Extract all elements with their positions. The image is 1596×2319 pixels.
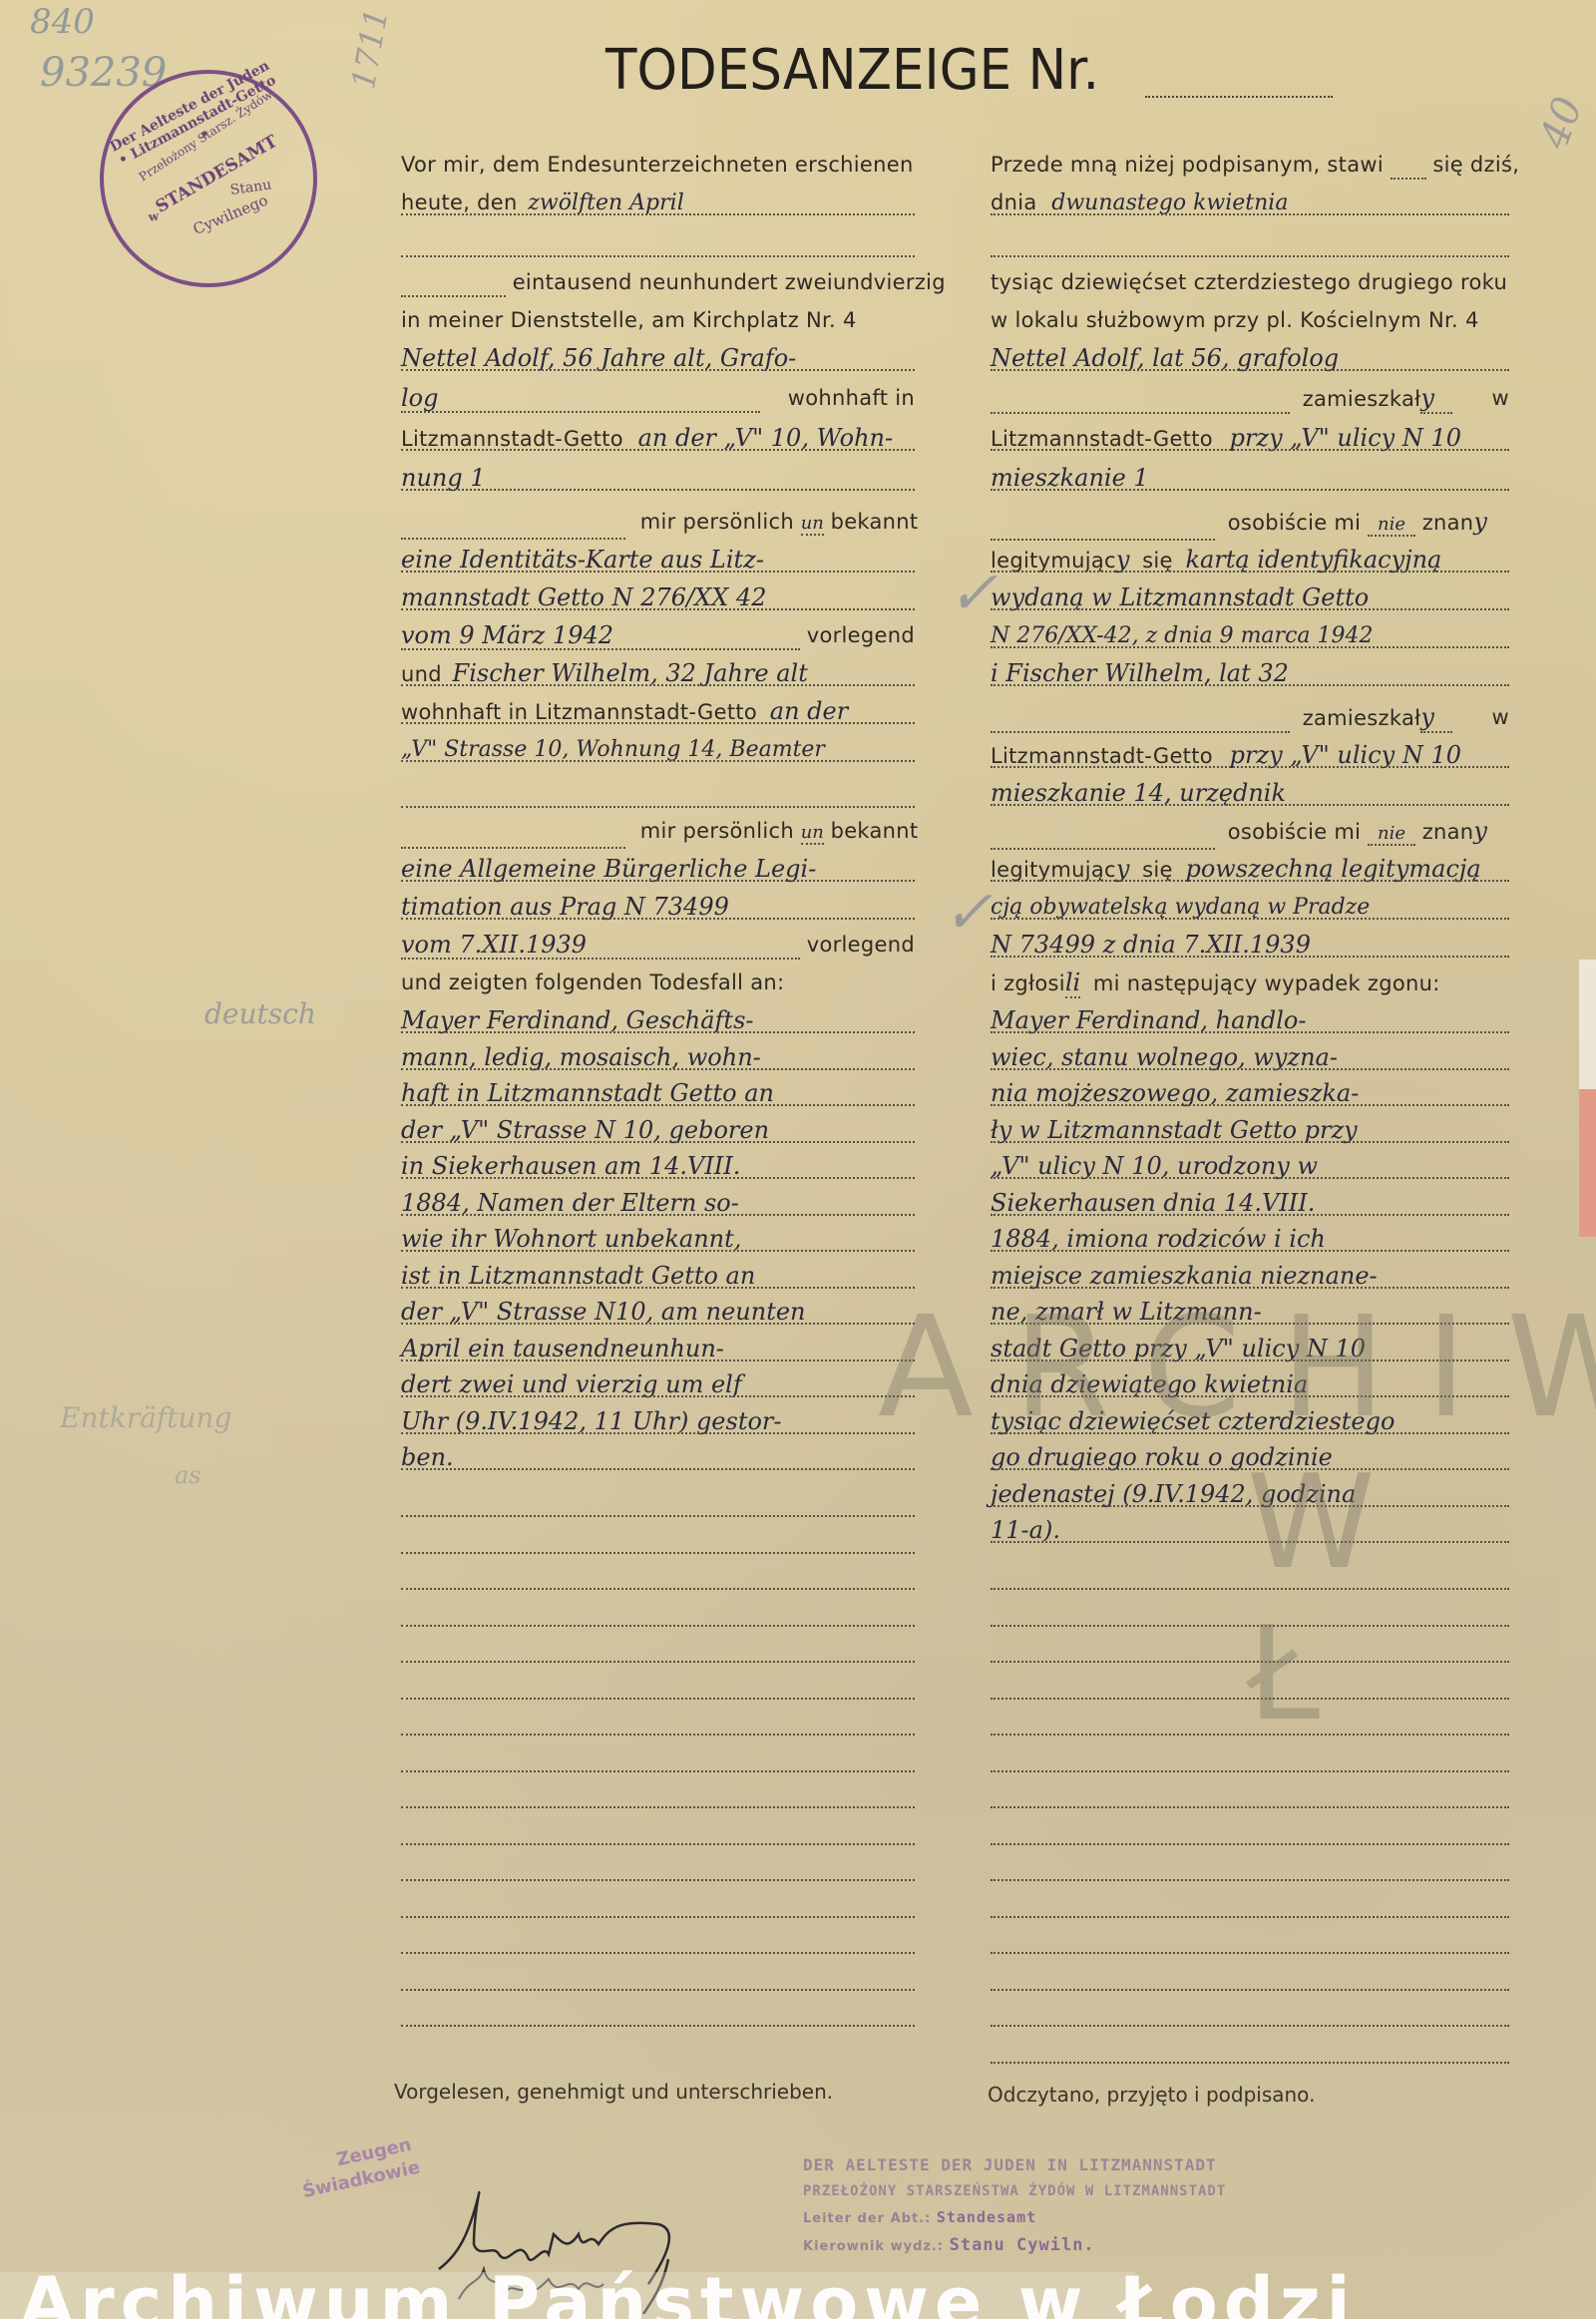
death-entry-line: wie ihr Wohnort unbekannt, bbox=[401, 1224, 915, 1254]
pl-known2-suffix: znan bbox=[1422, 820, 1474, 844]
de-residence-label: wohnhaft in bbox=[788, 383, 915, 413]
stamp-w: w bbox=[148, 208, 160, 223]
de-known1-row: mir persönlich un bekannt bbox=[401, 507, 915, 537]
pl-residence-suffix[interactable]: y bbox=[1420, 384, 1452, 414]
pl-address1-row: Litzmannstadt-Getto przy „V" ulicy N 10 bbox=[991, 423, 1509, 453]
pl-report-label-b: mi następujący wypadek zgonu: bbox=[1093, 971, 1440, 995]
margin-note-number-1: 840 bbox=[30, 2, 95, 42]
pl-residence-w: w bbox=[1492, 383, 1509, 413]
death-entry-text[interactable]: miejsce zamieszkania nieznane- bbox=[991, 1262, 1378, 1290]
pl-date-value[interactable]: dwunastego kwietnia bbox=[1051, 191, 1288, 215]
pl-id2-line1[interactable]: powszechną legitymacją bbox=[1185, 855, 1480, 883]
pl-office-row: w lokalu służbowym przy pl. Kościelnym N… bbox=[991, 305, 1509, 335]
de-date-row: heute, den zwölften April bbox=[401, 188, 915, 217]
blank-ruled-line[interactable] bbox=[401, 1562, 915, 1592]
de-known2-fill[interactable] bbox=[401, 825, 625, 849]
pl-office-text: w lokalu służbowym przy pl. Kościelnym N… bbox=[991, 308, 1479, 332]
pl-id1-line3[interactable]: N 276/XX-42, z dnia 9 marca 1942 bbox=[991, 623, 1374, 648]
death-entry-text[interactable]: Mayer Ferdinand, handlo- bbox=[991, 1006, 1306, 1034]
margin-note-top-right: 40 bbox=[1531, 91, 1592, 155]
pl-residence-row: zamieszkały w bbox=[991, 383, 1509, 413]
death-entry-text[interactable]: ist in Litzmannstadt Getto an bbox=[401, 1262, 755, 1290]
official-stamp-line2: PRZEŁOŻONY STARSZEŃSTWA ŻYDÓW W LITZMANN… bbox=[803, 2178, 1322, 2204]
pl-id2-suffix[interactable]: y bbox=[1116, 855, 1130, 883]
de-informant1-name[interactable]: Nettel Adolf, 56 Jahre alt, Grafo- bbox=[401, 344, 796, 372]
blank-ruled-line[interactable] bbox=[401, 1817, 915, 1847]
de-presenting-label: vorlegend bbox=[807, 620, 915, 650]
checkmark-icon: ✓ bbox=[943, 878, 993, 948]
death-entry-line: der „V" Strasse N10, am neunten bbox=[401, 1297, 915, 1327]
pl-id1-line1[interactable]: kartą identyfikacyjną bbox=[1185, 546, 1441, 574]
de-known2-row: mir persönlich un bekannt bbox=[401, 816, 915, 846]
margin-note-cause-2: as bbox=[175, 1461, 201, 1489]
death-entry-line: „V" ulicy N 10, urodzony w bbox=[991, 1151, 1509, 1181]
pl-year-text: tysiąc dziewięćset czterdziestego drugie… bbox=[991, 270, 1507, 294]
pl-informant2-address1[interactable]: przy „V" ulicy N 10 bbox=[1230, 741, 1461, 769]
death-entry-text[interactable]: dert zwei und vierzig um elf bbox=[401, 1370, 742, 1398]
blank-ruled-line[interactable] bbox=[401, 1635, 915, 1665]
blank-ruled-line[interactable] bbox=[401, 1780, 915, 1810]
pl-informant2-name[interactable]: i Fischer Wilhelm, lat 32 bbox=[991, 659, 1289, 687]
de-id2-line1[interactable]: eine Allgemeine Bürgerliche Legi- bbox=[401, 855, 816, 883]
de-date-label: heute, den bbox=[401, 191, 518, 214]
pl-id1-row2: wydaną w Litzmannstadt Getto bbox=[991, 582, 1509, 612]
de-id1-line1[interactable]: eine Identitäts-Karte aus Litz- bbox=[401, 546, 764, 574]
de-informant1-occupation[interactable]: log bbox=[401, 383, 760, 413]
pl-report-row: i zgłosili mi następujący wypadek zgonu: bbox=[991, 967, 1509, 997]
pl-closing-text: Odczytano, przyjęto i podpisano. bbox=[988, 2083, 1315, 2107]
blank-ruled-line[interactable] bbox=[401, 1926, 915, 1956]
official-stamp-line1: DER AELTESTE DER JUDEN IN LITZMANNSTADT bbox=[803, 2152, 1322, 2178]
witness-stamp: Zeugen Świadkowie bbox=[295, 2132, 422, 2204]
de-informant1-address[interactable]: an der „V" 10, Wohn- bbox=[638, 424, 894, 452]
pl-ghetto2-label: Litzmannstadt-Getto bbox=[991, 744, 1213, 768]
death-entry-text[interactable]: nia mojżeszowego, zamieszka- bbox=[991, 1079, 1359, 1107]
pl-informant2-row: i Fischer Wilhelm, lat 32 bbox=[991, 658, 1509, 688]
death-entry-text[interactable]: 1884, Namen der Eltern so- bbox=[401, 1189, 739, 1217]
pl-known2-row: osobiście mi nie znany bbox=[991, 816, 1509, 846]
pl-informant1-row: Nettel Adolf, lat 56, grafolog bbox=[991, 343, 1509, 373]
pl-known2-value[interactable]: nie bbox=[1368, 823, 1415, 846]
pl-report-label-a: i zgłosi bbox=[991, 971, 1065, 995]
death-entry-text[interactable]: Siekerhausen dnia 14.VIII. bbox=[991, 1189, 1315, 1217]
death-entry-text[interactable]: haft in Litzmannstadt Getto an bbox=[401, 1079, 774, 1107]
de-informant2-row: und Fischer Wilhelm, 32 Jahre alt bbox=[401, 658, 915, 688]
official-stamp-line3: Leiter der Abt.: Standesamt bbox=[803, 2204, 1322, 2232]
pl-known1-value[interactable]: nie bbox=[1368, 514, 1415, 537]
pl-address2-row2: mieszkanie 14, urzędnik bbox=[991, 778, 1509, 808]
de-year-label: eintausend neunhundert zweiundvierzig bbox=[513, 270, 946, 294]
death-entry-text[interactable]: ły w Litzmannstadt Getto przy bbox=[991, 1116, 1358, 1144]
pl-date-label: dnia bbox=[991, 191, 1037, 214]
de-id2-line2[interactable]: timation aus Prag N 73499 bbox=[401, 893, 729, 921]
death-entry-line: 1884, Namen der Eltern so- bbox=[401, 1188, 915, 1218]
pl-id2-line2[interactable]: cją obywatelską wydaną w Pradze bbox=[991, 895, 1370, 920]
death-entry-line: mann, ledig, mosaisch, wohn- bbox=[401, 1042, 915, 1072]
official-stamp-line3-label: Leiter der Abt.: bbox=[803, 2211, 931, 2226]
death-entry-line: der „V" Strasse N 10, geboren bbox=[401, 1115, 915, 1145]
margin-note-cause: Entkräftung bbox=[60, 1401, 231, 1434]
blank-ruled-line[interactable] bbox=[991, 1853, 1509, 1883]
de-office-text: in meiner Dienststelle, am Kirchplatz Nr… bbox=[401, 308, 857, 332]
pl-ghetto-label: Litzmannstadt-Getto bbox=[991, 427, 1213, 451]
pl-residence-label: zamieszkał bbox=[1303, 387, 1421, 411]
death-entry-line: dert zwei und vierzig um elf bbox=[401, 1369, 915, 1399]
blank-ruled-line[interactable] bbox=[401, 1708, 915, 1738]
de-informant1-address2[interactable]: nung 1 bbox=[401, 464, 486, 492]
margin-note-pencil-top: 1711 bbox=[344, 6, 396, 93]
de-id2-row1: eine Allgemeine Bürgerliche Legi- bbox=[401, 854, 915, 884]
pl-id1-line2[interactable]: wydaną w Litzmannstadt Getto bbox=[991, 583, 1369, 611]
de-closing-text: Vorgelesen, genehmigt und unterschrieben… bbox=[394, 2080, 833, 2104]
pl-known1-row: osobiście mi nie znany bbox=[991, 507, 1509, 537]
death-entry-line: Siekerhausen dnia 14.VIII. bbox=[991, 1188, 1509, 1218]
archive-overlay-text: Archiwum Państwowe w Łodzi bbox=[20, 2262, 1357, 2319]
pl-known1-suffix2[interactable]: y bbox=[1473, 508, 1487, 536]
official-stamp-line4-value: Stanu Cywiln. bbox=[950, 2235, 1095, 2255]
blank-ruled-line[interactable] bbox=[401, 1599, 915, 1629]
pl-blank-row[interactable] bbox=[991, 229, 1509, 259]
de-known1-value[interactable]: un bbox=[801, 513, 824, 536]
de-id2-line3[interactable]: vom 7.XII.1939 bbox=[401, 930, 800, 960]
de-id2-row2: timation aus Prag N 73499 bbox=[401, 892, 915, 922]
pl-report-value[interactable]: li bbox=[1065, 968, 1080, 998]
de-report-row: und zeigten folgenden Todesfall an: bbox=[401, 967, 915, 997]
death-entry-line: ist in Litzmannstadt Getto an bbox=[401, 1261, 915, 1291]
pl-id2-line3[interactable]: N 73499 z dnia 7.XII.1939 bbox=[991, 931, 1311, 959]
de-office-row: in meiner Dienststelle, am Kirchplatz Nr… bbox=[401, 305, 915, 335]
pl-informant1-name[interactable]: Nettel Adolf, lat 56, grafolog bbox=[991, 344, 1339, 372]
blank-ruled-line[interactable] bbox=[991, 1999, 1509, 2029]
de-informant2-address1[interactable]: an der bbox=[770, 697, 848, 725]
de-known1-label: mir persönlich bbox=[640, 510, 794, 534]
death-entry-text[interactable]: April ein tausendneunhun- bbox=[401, 1335, 724, 1362]
de-known1-suffix: bekannt bbox=[831, 510, 919, 534]
blank-ruled-line[interactable] bbox=[991, 1780, 1509, 1810]
de-presenting2-label: vorlegend bbox=[807, 930, 915, 960]
pl-informant2-address2[interactable]: mieszkanie 14, urzędnik bbox=[991, 779, 1286, 807]
pl-address1-row2: mieszkanie 1 bbox=[991, 463, 1509, 493]
death-entry-line: miejsce zamieszkania nieznane- bbox=[991, 1261, 1509, 1291]
official-stamp: DER AELTESTE DER JUDEN IN LITZMANNSTADT … bbox=[803, 2152, 1322, 2260]
death-entry-line: in Siekerhausen am 14.VIII. bbox=[401, 1151, 915, 1181]
blank-ruled-line[interactable] bbox=[401, 1853, 915, 1883]
checkmark-icon: ✓ bbox=[948, 559, 997, 628]
pl-known2-label: osobiście mi bbox=[1228, 820, 1362, 844]
death-entry-text[interactable]: wie ihr Wohnort unbekannt, bbox=[401, 1225, 741, 1253]
pl-id1-sie: się bbox=[1142, 549, 1173, 573]
round-office-stamp: Der Aelteste der Juden • Litzmannstadt-G… bbox=[86, 56, 331, 301]
blank-ruled-line[interactable] bbox=[401, 1963, 915, 1993]
page-title: TODESANZEIGE Nr. bbox=[605, 38, 1099, 103]
de-blank-row[interactable] bbox=[401, 229, 915, 259]
de-residence2-row: wohnhaft in Litzmannstadt-Getto an der bbox=[401, 696, 915, 726]
pl-known1-label: osobiście mi bbox=[1228, 511, 1362, 535]
de-id2-row3: vom 7.XII.1939 vorlegend bbox=[401, 930, 915, 960]
death-entry-line: haft in Litzmannstadt Getto an bbox=[401, 1078, 915, 1108]
de-informant1-row: Nettel Adolf, 56 Jahre alt, Grafo- bbox=[401, 343, 915, 373]
pl-intro-suffix: się dziś, bbox=[1432, 153, 1519, 177]
death-entry-line: 1884, imiona rodziców i ich bbox=[991, 1224, 1509, 1254]
official-stamp-line4: Kierownik wydz.: Stanu Cywiln. bbox=[803, 2232, 1322, 2260]
archive-watermark: ARCHIWUM bbox=[878, 1287, 1596, 1449]
death-entry-line: nia mojżeszowego, zamieszka- bbox=[991, 1078, 1509, 1108]
title-number-field[interactable] bbox=[1145, 96, 1333, 98]
pl-id1-suffix[interactable]: y bbox=[1116, 546, 1130, 574]
pl-known2-fill[interactable] bbox=[991, 826, 1215, 850]
death-entry-text[interactable]: ben. bbox=[401, 1443, 454, 1471]
death-entry-text[interactable]: Mayer Ferdinand, Geschäfts- bbox=[401, 1006, 754, 1034]
pl-residence2-w: w bbox=[1492, 702, 1509, 732]
de-residence2-label: wohnhaft in Litzmannstadt-Getto bbox=[401, 700, 757, 724]
blank-ruled-line[interactable] bbox=[401, 1999, 915, 2029]
pl-id2-row2: cją obywatelską wydaną w Pradze bbox=[991, 892, 1509, 922]
death-entry-line: Uhr (9.IV.1942, 11 Uhr) gestor- bbox=[401, 1406, 915, 1436]
de-date-value[interactable]: zwölften April bbox=[528, 191, 683, 215]
death-entry-text[interactable]: „V" ulicy N 10, urodzony w bbox=[991, 1152, 1318, 1180]
de-blank-row-2[interactable] bbox=[401, 780, 915, 810]
pl-known2-suffix2[interactable]: y bbox=[1473, 817, 1487, 845]
pl-id2-sie: się bbox=[1142, 858, 1173, 882]
archive-watermark-lower: W Ł bbox=[1247, 1446, 1596, 1749]
pl-informant1-address[interactable]: przy „V" ulicy N 10 bbox=[1230, 424, 1461, 452]
de-ghetto-label: Litzmannstadt-Getto bbox=[401, 427, 623, 451]
death-entry-text[interactable]: 1884, imiona rodziców i ich bbox=[991, 1225, 1326, 1253]
blank-ruled-line[interactable] bbox=[991, 1817, 1509, 1847]
de-id1-line3[interactable]: vom 9 März 1942 bbox=[401, 620, 800, 650]
de-intro-text: Vor mir, dem Endesunterzeichneten erschi… bbox=[401, 150, 914, 180]
death-entry-line: Mayer Ferdinand, Geschäfts- bbox=[401, 1005, 915, 1035]
official-stamp-line3-value: Standesamt bbox=[937, 2208, 1036, 2226]
blank-ruled-line[interactable] bbox=[991, 1890, 1509, 1920]
de-id1-line2[interactable]: mannstadt Getto N 276/XX 42 bbox=[401, 583, 767, 611]
de-informant1-row2: log wohnhaft in bbox=[401, 383, 915, 413]
death-entry-line: ben. bbox=[401, 1442, 915, 1472]
de-intro: Vor mir, dem Endesunterzeichneten erschi… bbox=[401, 150, 915, 180]
death-entry-text[interactable]: in Siekerhausen am 14.VIII. bbox=[401, 1152, 740, 1180]
de-year-fill[interactable] bbox=[401, 273, 506, 297]
de-address1-row: Litzmannstadt-Getto an der „V" 10, Wohn- bbox=[401, 423, 915, 453]
scan-edge-strip bbox=[1579, 960, 1596, 1237]
pl-id2-row1: legitymujący się powszechną legitymacją bbox=[991, 854, 1509, 884]
death-entry-text[interactable]: Uhr (9.IV.1942, 11 Uhr) gestor- bbox=[401, 1407, 782, 1435]
pl-id2-row3: N 73499 z dnia 7.XII.1939 bbox=[991, 930, 1509, 960]
blank-ruled-line[interactable] bbox=[991, 2036, 1509, 2066]
de-id1-row3: vom 9 März 1942 vorlegend bbox=[401, 620, 915, 650]
pl-residence2-label: zamieszkał bbox=[1303, 706, 1421, 730]
de-known2-label: mir persönlich bbox=[640, 819, 794, 843]
pl-residence2-row: zamieszkały w bbox=[991, 702, 1509, 732]
pl-known1-suffix: znan bbox=[1422, 511, 1474, 535]
de-address2-row: „V" Strasse 10, Wohnung 14, Beamter bbox=[401, 734, 915, 764]
pl-residence2-fill[interactable] bbox=[991, 709, 1290, 733]
blank-ruled-line[interactable] bbox=[991, 1963, 1509, 1993]
pl-residence2-suffix[interactable]: y bbox=[1420, 703, 1452, 733]
de-year-row: eintausend neunhundert zweiundvierzig bbox=[401, 267, 915, 297]
pl-residence-fill[interactable] bbox=[991, 390, 1290, 414]
de-id1-row2: mannstadt Getto N 276/XX 42 bbox=[401, 582, 915, 612]
death-entry-text[interactable]: der „V" Strasse N10, am neunten bbox=[401, 1298, 806, 1326]
de-address1-row2: nung 1 bbox=[401, 463, 915, 493]
pl-date-row: dnia dwunastego kwietnia bbox=[991, 188, 1509, 217]
death-entry-text[interactable]: wiec, stanu wolnego, wyzna- bbox=[991, 1043, 1338, 1071]
pl-intro-text: Przede mną niżej podpisanym, stawi bbox=[991, 153, 1384, 177]
blank-ruled-line[interactable] bbox=[401, 1890, 915, 1920]
pl-id1-row1: legitymujący się kartą identyfikacyjną bbox=[991, 545, 1509, 575]
de-and-label: und bbox=[401, 662, 442, 686]
death-entry-line: April ein tausendneunhun- bbox=[401, 1334, 915, 1363]
blank-ruled-line[interactable] bbox=[401, 1672, 915, 1702]
death-entry-line: Mayer Ferdinand, handlo- bbox=[991, 1005, 1509, 1035]
blank-ruled-line[interactable] bbox=[401, 1489, 915, 1519]
official-stamp-line4-label: Kierownik wydz.: bbox=[803, 2239, 944, 2254]
blank-ruled-line[interactable] bbox=[991, 1926, 1509, 1956]
death-entry-text[interactable]: 11-a). bbox=[991, 1516, 1060, 1544]
pl-known1-fill[interactable] bbox=[991, 517, 1215, 541]
death-entry-text[interactable]: mann, ledig, mosaisch, wohn- bbox=[401, 1043, 761, 1071]
blank-ruled-line[interactable] bbox=[401, 1526, 915, 1556]
de-report-label: und zeigten folgenden Todesfall an: bbox=[401, 970, 784, 994]
blank-ruled-line[interactable] bbox=[401, 1744, 915, 1774]
death-entry-text[interactable]: der „V" Strasse N 10, geboren bbox=[401, 1116, 769, 1144]
pl-id1-row3: N 276/XX-42, z dnia 9 marca 1942 bbox=[991, 620, 1509, 650]
de-id1-row1: eine Identitäts-Karte aus Litz- bbox=[401, 545, 915, 575]
pl-year-row: tysiąc dziewięćset czterdziestego drugie… bbox=[991, 267, 1509, 297]
pl-informant1-address2[interactable]: mieszkanie 1 bbox=[991, 464, 1149, 492]
pl-id2-label: legitymując bbox=[991, 858, 1116, 882]
de-known1-fill[interactable] bbox=[401, 516, 625, 540]
death-entry-line: ły w Litzmannstadt Getto przy bbox=[991, 1115, 1509, 1145]
death-entry-line: wiec, stanu wolnego, wyzna- bbox=[991, 1042, 1509, 1072]
pl-appear-fill[interactable] bbox=[1391, 160, 1426, 180]
de-informant2-address2[interactable]: „V" Strasse 10, Wohnung 14, Beamter bbox=[401, 737, 825, 762]
margin-note-deutsch: deutsch bbox=[204, 997, 316, 1030]
pl-address2-row: Litzmannstadt-Getto przy „V" ulicy N 10 bbox=[991, 740, 1509, 770]
pl-id1-label: legitymując bbox=[991, 549, 1116, 573]
de-known2-suffix: bekannt bbox=[831, 819, 919, 843]
pl-intro: Przede mną niżej podpisanym, stawi się d… bbox=[991, 150, 1509, 180]
de-informant2-name[interactable]: Fischer Wilhelm, 32 Jahre alt bbox=[453, 659, 808, 687]
de-known2-value[interactable]: un bbox=[801, 822, 824, 845]
